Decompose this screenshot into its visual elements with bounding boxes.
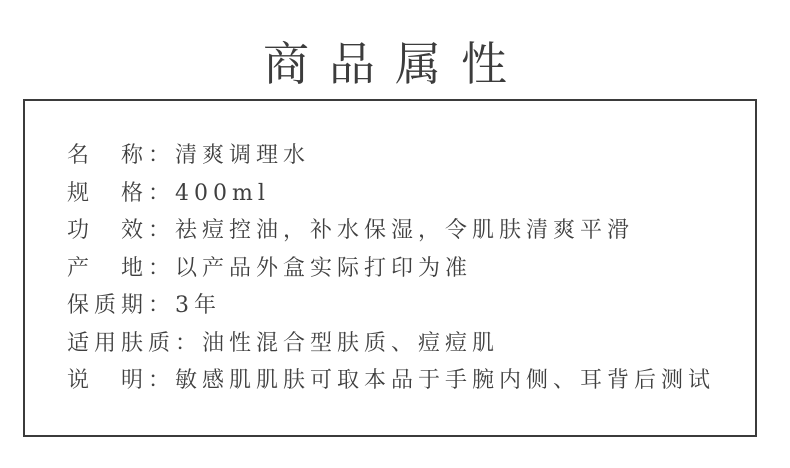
attribute-label: 适用肤质： <box>67 331 202 356</box>
attribute-value: 以产品外盒实际打印为准 <box>175 256 472 281</box>
attribute-value: 清爽调理水 <box>175 143 310 168</box>
attribute-label: 规 格： <box>67 181 175 206</box>
attribute-row-spec: 规 格：400ml <box>67 175 747 213</box>
attributes-panel: 名 称：清爽调理水 规 格：400ml 功 效：祛痘控油，补水保湿，令肌肤清爽平… <box>23 99 757 437</box>
attribute-value: 3年 <box>175 293 221 318</box>
attribute-value: 敏感肌肌肤可取本品于手腕内侧、耳背后测试 <box>175 368 715 393</box>
attribute-row-skin-type: 适用肤质：油性混合型肤质、痘痘肌 <box>67 325 747 363</box>
page-title: 商品属性 <box>0 28 790 94</box>
attribute-label: 保质期： <box>67 293 175 318</box>
attribute-label: 产 地： <box>67 256 175 281</box>
attribute-row-shelf-life: 保质期：3年 <box>67 287 747 325</box>
attribute-value: 祛痘控油，补水保湿，令肌肤清爽平滑 <box>175 218 634 243</box>
attribute-value: 油性混合型肤质、痘痘肌 <box>202 331 499 356</box>
attribute-value: 400ml <box>175 181 270 206</box>
attribute-row-instructions: 说 明：敏感肌肌肤可取本品于手腕内侧、耳背后测试 <box>67 362 747 400</box>
attribute-label: 说 明： <box>67 368 175 393</box>
attribute-row-efficacy: 功 效：祛痘控油，补水保湿，令肌肤清爽平滑 <box>67 212 747 250</box>
product-attributes-section: 商品属性 名 称：清爽调理水 规 格：400ml 功 效：祛痘控油，补水保湿，令… <box>0 0 790 468</box>
attribute-label: 名 称： <box>67 143 175 168</box>
attribute-label: 功 效： <box>67 218 175 243</box>
attribute-row-origin: 产 地：以产品外盒实际打印为准 <box>67 250 747 288</box>
attribute-row-name: 名 称：清爽调理水 <box>67 137 747 175</box>
